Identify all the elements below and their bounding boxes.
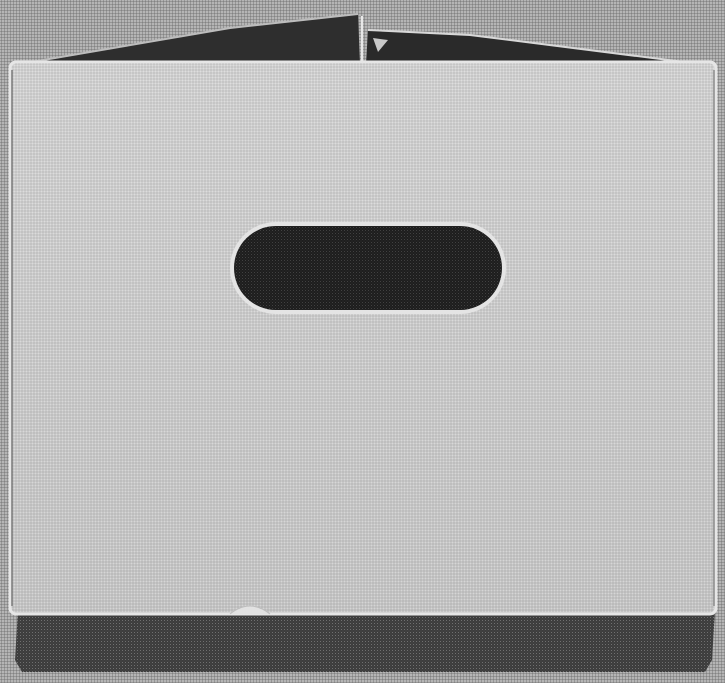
box-front-face	[10, 62, 716, 614]
box-base-shadow	[15, 610, 715, 672]
box-lid-flaps	[20, 14, 700, 64]
box-illustration	[0, 0, 725, 683]
handle-slot	[230, 222, 506, 314]
photo-scene: Cardboard storage box with handle slot, …	[0, 0, 725, 683]
